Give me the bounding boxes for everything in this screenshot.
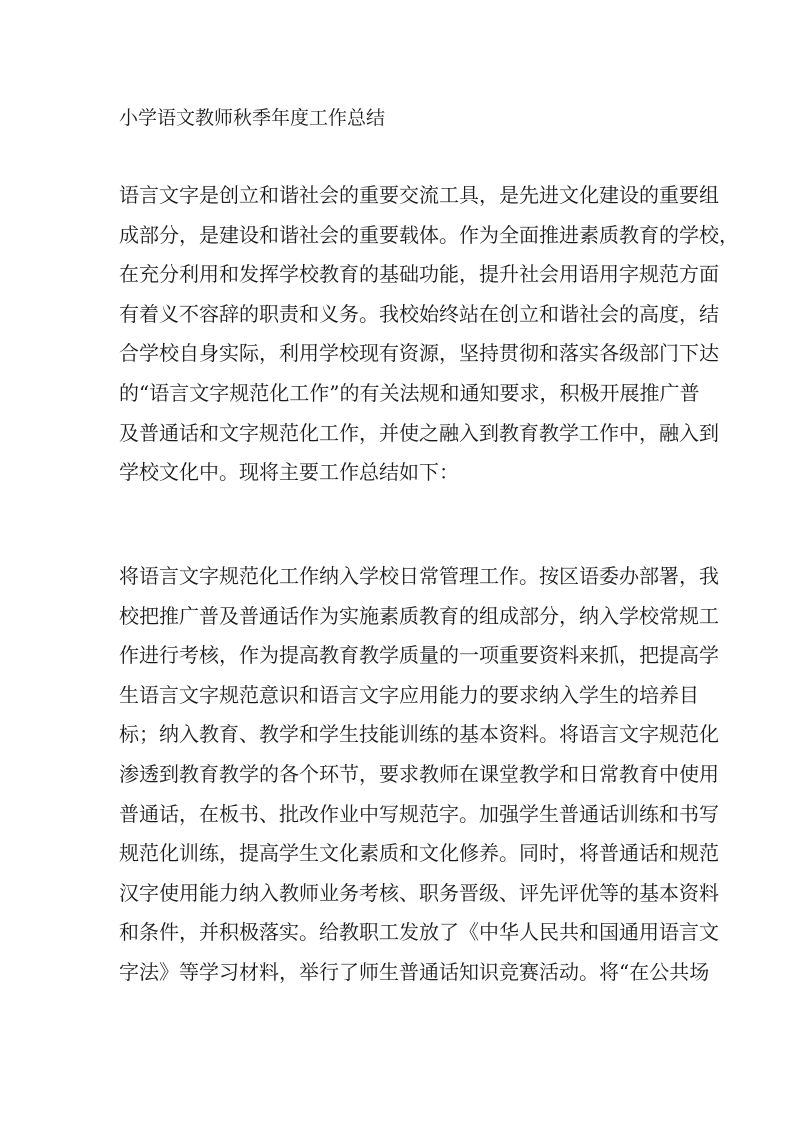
text-line: 有着义不容辞的职责和义务。我校始终站在创立和谐社会的高度，结: [119, 295, 679, 335]
text-line: 在充分利用和发挥学校教育的基础功能，提升社会用语用字规范方面: [119, 255, 679, 295]
text-line: 和条件，并积极落实。给教职工发放了《中华人民共和国通用语言文: [119, 913, 679, 953]
text-line: 作进行考核，作为提高教育教学质量的一项重要资料来抓，把提高学: [119, 636, 679, 676]
text-line: 成部分，是建设和谐社会的重要载体。作为全面推进素质教育的学校，: [119, 216, 679, 256]
text-line: 普通话，在板书、批改作业中写规范字。加强学生普通话训练和书写: [119, 795, 679, 835]
text-line: 及普通话和文字规范化工作，并使之融入到教育教学工作中，融入到: [119, 414, 679, 454]
text-line: 生语言文字规范意识和语言文字应用能力的要求纳入学生的培养目: [119, 676, 679, 716]
text-line: 校把推广普及普通话作为实施素质教育的组成部分，纳入学校常规工: [119, 597, 679, 637]
document-page: 小学语文教师秋季年度工作总结 语言文字是创立和谐社会的重要交流工具，是先进文化建…: [0, 0, 793, 1122]
paragraph-intro: 语言文字是创立和谐社会的重要交流工具，是先进文化建设的重要组 成部分，是建设和谐…: [119, 176, 679, 493]
text-line: 渗透到教育教学的各个环节，要求教师在课堂教学和日常教育中使用: [119, 755, 679, 795]
text-line: 字法》等学习材料，举行了师生普通话知识竞赛活动。将“在公共场: [119, 953, 679, 993]
text-line: 的“语言文字规范化工作”的有关法规和通知要求，积极开展推广普: [119, 374, 679, 414]
text-line: 合学校自身实际，利用学校现有资源，坚持贯彻和落实各级部门下达: [119, 334, 679, 374]
text-line: 标；纳入教育、教学和学生技能训练的基本资料。将语言文字规范化: [119, 715, 679, 755]
text-line: 语言文字是创立和谐社会的重要交流工具，是先进文化建设的重要组: [119, 176, 679, 216]
text-line: 汉字使用能力纳入教师业务考核、职务晋级、评先评优等的基本资料: [119, 874, 679, 914]
text-line: 规范化训练，提高学生文化素质和文化修养。同时，将普通话和规范: [119, 834, 679, 874]
text-line: 学校文化中。现将主要工作总结如下：: [119, 453, 679, 493]
text-line: 将语言文字规范化工作纳入学校日常管理工作。按区语委办部署，我: [119, 557, 679, 597]
paragraph-management: 将语言文字规范化工作纳入学校日常管理工作。按区语委办部署，我 校把推广普及普通话…: [119, 557, 679, 993]
document-title: 小学语文教师秋季年度工作总结: [119, 106, 385, 130]
